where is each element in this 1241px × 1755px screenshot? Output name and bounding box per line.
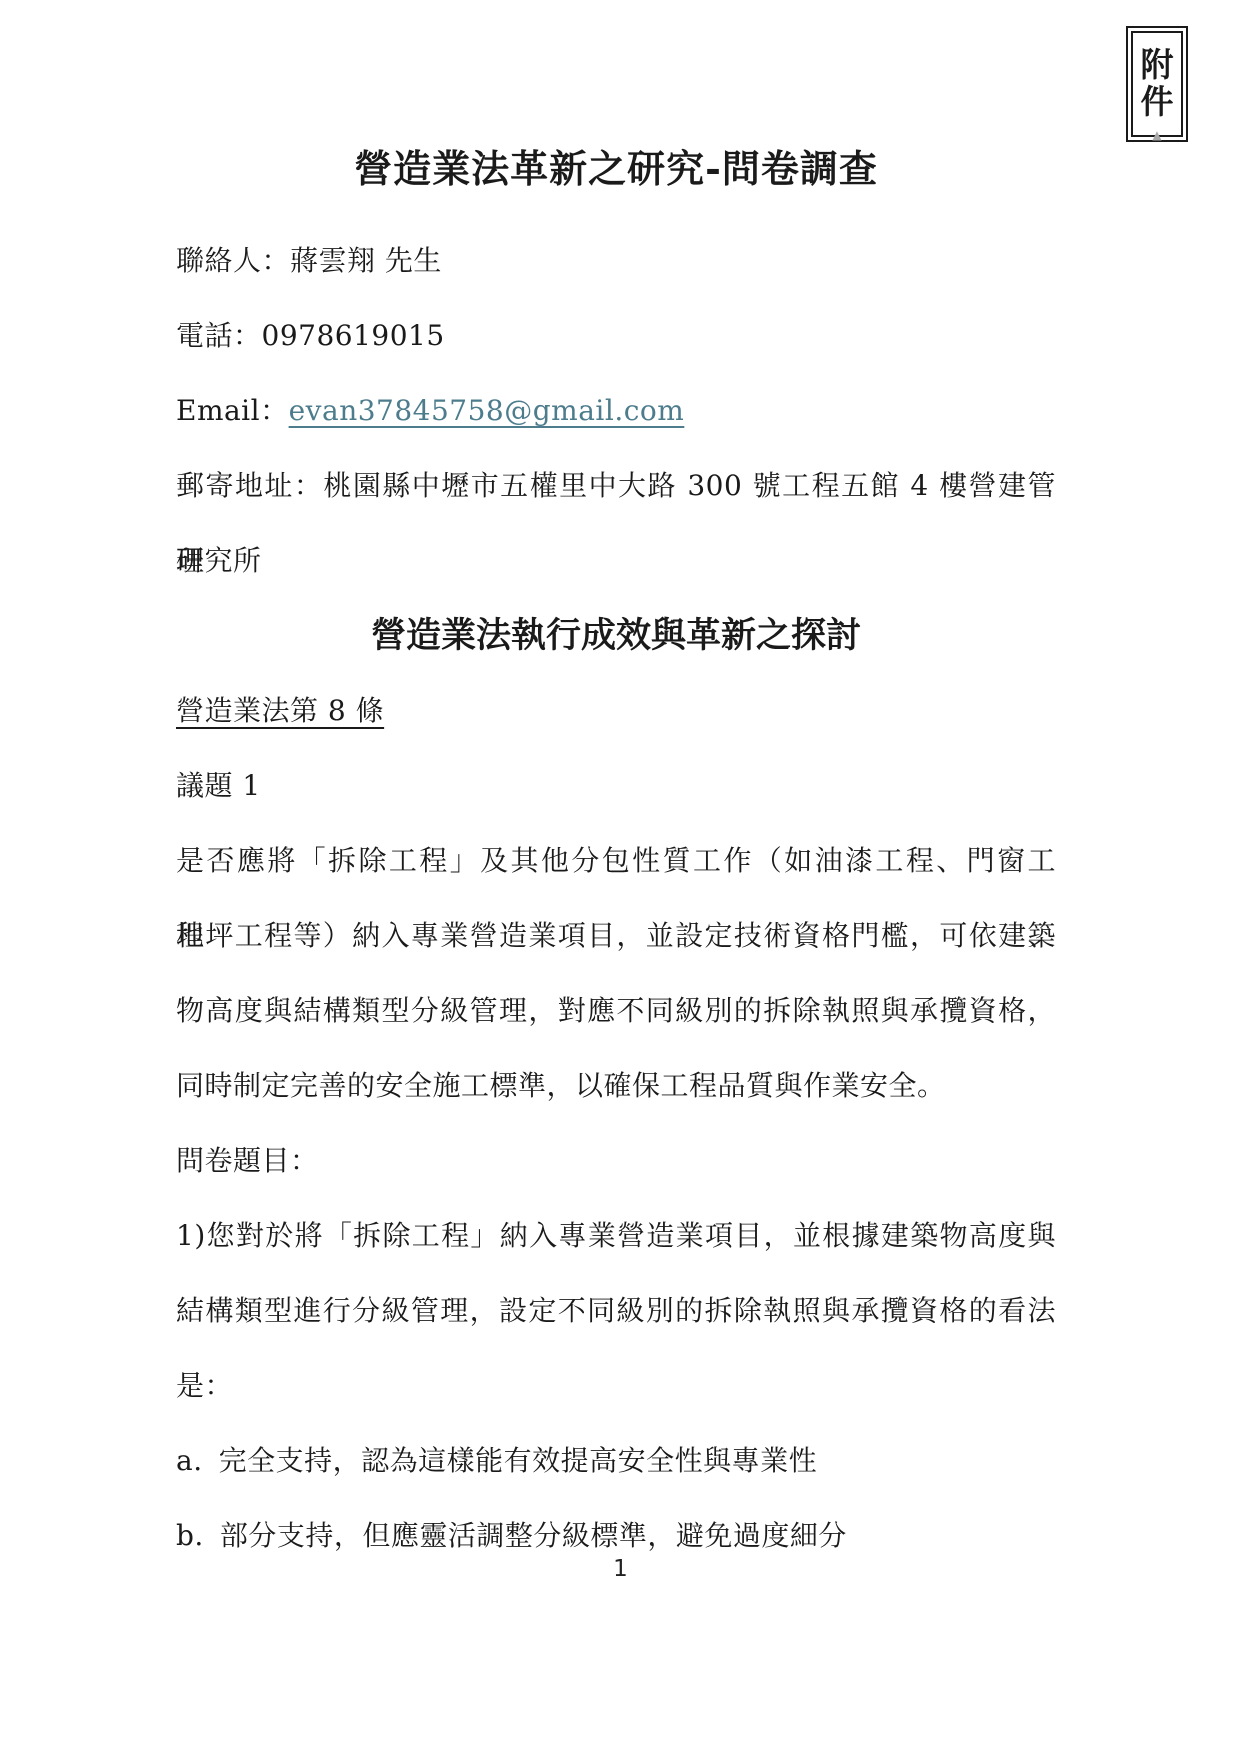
option-b-text: 部分支持，但應靈活調整分級標準，避免過度細分 bbox=[220, 1519, 847, 1552]
question-text-line: 1)您對於將「拆除工程」納入專業營造業項目，並根據建築物高度與 bbox=[176, 1198, 1056, 1273]
option-a-marker: a. bbox=[176, 1423, 203, 1498]
document-page: 附 件 ▲ 營造業法革新之研究-問卷調查 聯絡人：蔣雲翔 先生 電話：09786… bbox=[0, 0, 1241, 1755]
contact-email-line: Email：evan37845758@gmail.com bbox=[176, 373, 1056, 448]
section-heading: 營造業法執行成效與革新之探討 bbox=[176, 598, 1056, 673]
option-a: a.完全支持，認為這樣能有效提高安全性與專業性 bbox=[176, 1423, 1056, 1498]
question-text-line: 是： bbox=[176, 1348, 1056, 1423]
contact-phone-line: 電話：0978619015 bbox=[176, 298, 1056, 373]
phone-value: 0978619015 bbox=[262, 319, 445, 352]
page-title: 營造業法革新之研究-問卷調查 bbox=[176, 146, 1056, 192]
address-line-1: 郵寄地址：桃園縣中壢市五權里中大路 300 號工程五館 4 樓營建管理 bbox=[176, 448, 1056, 523]
law-article-line: 營造業法第 8 條 bbox=[176, 673, 1056, 748]
attachment-stamp-char-bottom: 件 bbox=[1141, 85, 1174, 120]
address-line-2: 研究所 bbox=[176, 523, 1056, 598]
phone-label: 電話： bbox=[176, 319, 262, 352]
attachment-stamp-char-top: 附 bbox=[1141, 48, 1174, 83]
document-body: 聯絡人：蔣雲翔 先生 電話：0978619015 Email：evan37845… bbox=[176, 223, 1056, 1573]
topic-text-line: 地坪工程等）納入專業營造業項目，並設定技術資格門檻，可依建築 bbox=[176, 898, 1056, 973]
email-label: Email： bbox=[176, 394, 289, 427]
topic-text-line: 同時制定完善的安全施工標準，以確保工程品質與作業安全。 bbox=[176, 1048, 1056, 1123]
law-article-ref: 營造業法第 8 條 bbox=[176, 694, 384, 727]
question-text-line: 結構類型進行分級管理，設定不同級別的拆除執照與承攬資格的看法 bbox=[176, 1273, 1056, 1348]
page-number: 1 bbox=[0, 1554, 1241, 1584]
topic-text-line: 是否應將「拆除工程」及其他分包性質工作（如油漆工程、門窗工程、 bbox=[176, 823, 1056, 898]
anchor-caret-icon: ▲ bbox=[1152, 129, 1161, 141]
contact-person-line: 聯絡人：蔣雲翔 先生 bbox=[176, 223, 1056, 298]
topic-label: 議題 1 bbox=[176, 748, 1056, 823]
attachment-stamp-frame: 附 件 ▲ bbox=[1131, 31, 1183, 137]
option-a-text: 完全支持，認為這樣能有效提高安全性與專業性 bbox=[219, 1444, 818, 1477]
attachment-stamp: 附 件 ▲ bbox=[1126, 26, 1188, 142]
questionnaire-label: 問卷題目： bbox=[176, 1123, 1056, 1198]
topic-text-line: 物高度與結構類型分級管理，對應不同級別的拆除執照與承攬資格， bbox=[176, 973, 1056, 1048]
email-link[interactable]: evan37845758@gmail.com bbox=[289, 394, 685, 427]
